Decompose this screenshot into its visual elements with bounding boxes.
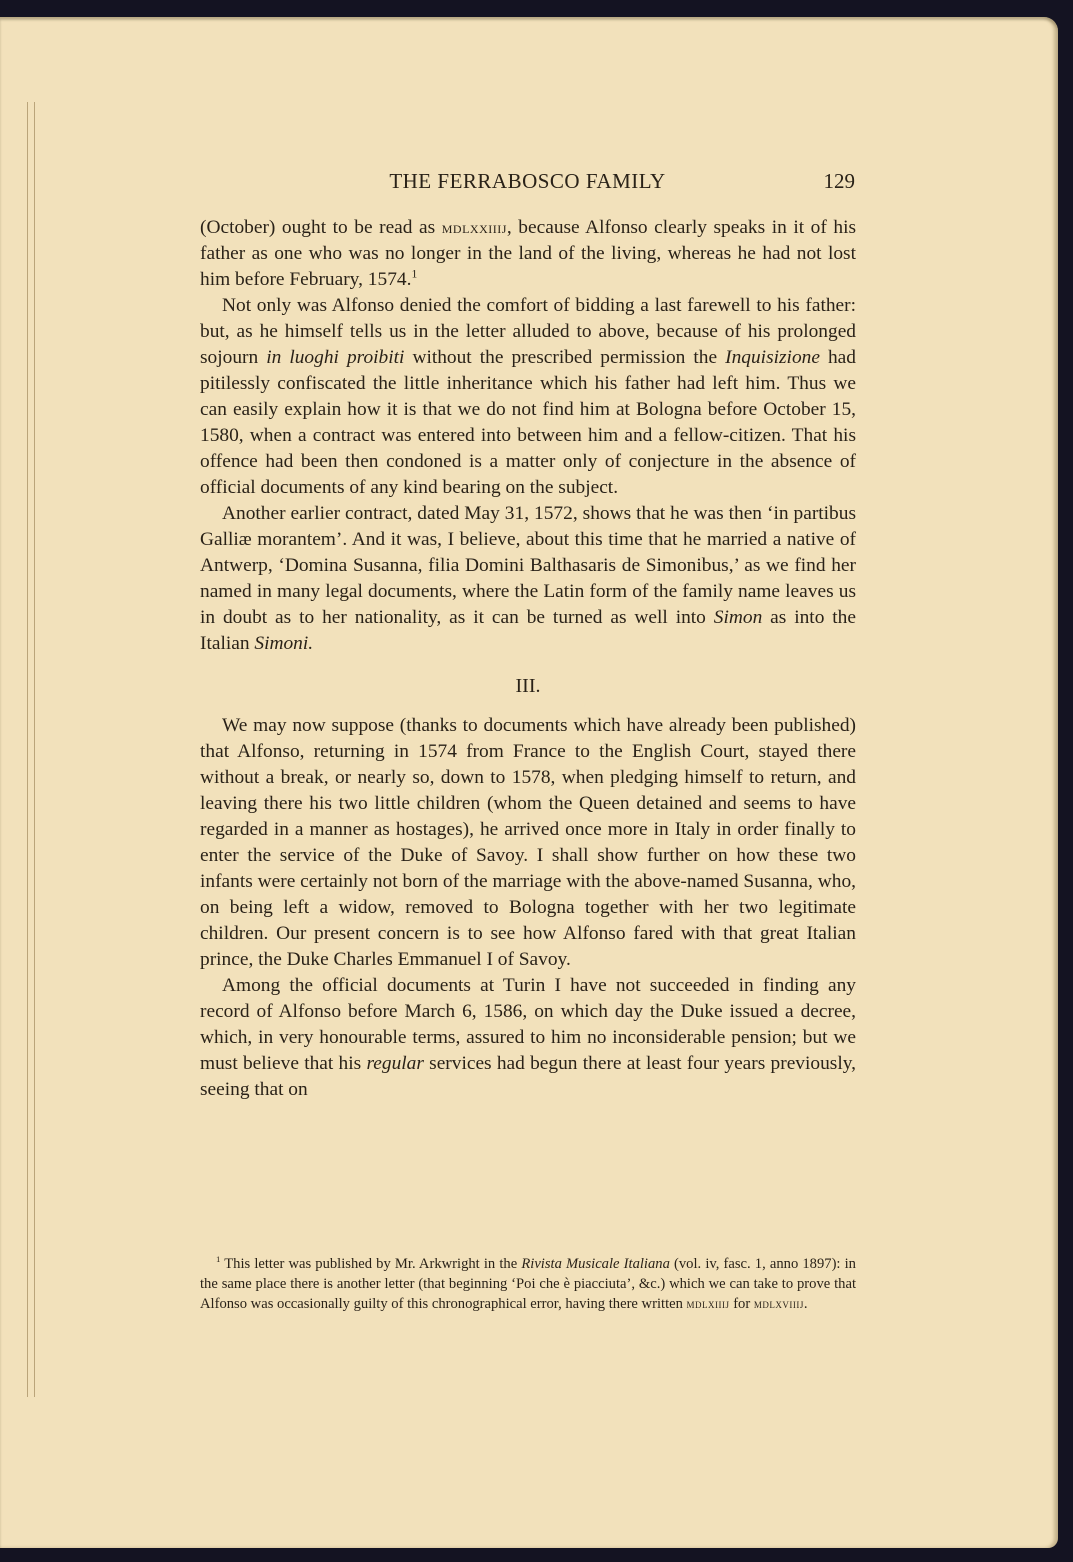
text-run: had pitilessly confiscated the little in…	[200, 347, 856, 498]
book-page: THE FERRABOSCO FAMILY 129 (October) ough…	[0, 17, 1058, 1548]
italic-phrase: in luoghi proibiti	[266, 347, 404, 368]
footnote-ref: 1	[411, 268, 417, 281]
text-run: without the prescribed permission the	[404, 347, 725, 368]
roman-date: mdlxiiij	[687, 1297, 730, 1311]
italic-phrase: Simon	[714, 607, 762, 628]
binding-thread	[27, 102, 35, 1397]
text-run: (October) ought to be read as	[200, 217, 442, 238]
footnote-text: 1 This letter was published by Mr. Arkwr…	[200, 1254, 856, 1314]
running-title: THE FERRABOSCO FAMILY	[200, 169, 855, 194]
paragraph-3: Another earlier contract, dated May 31, …	[200, 501, 856, 657]
paragraph-2: Not only was Alfonso denied the comfort …	[200, 293, 856, 501]
page-number: 129	[824, 169, 856, 194]
text-run: .	[804, 1296, 808, 1312]
section-heading: III.	[200, 673, 856, 699]
body-text: (October) ought to be read as mdlxxiiij,…	[200, 215, 856, 1103]
footnote: 1 This letter was published by Mr. Arkwr…	[200, 1254, 856, 1314]
text-run: This letter was published by Mr. Arkwrig…	[220, 1256, 521, 1272]
paragraph-4: We may now suppose (thanks to documents …	[200, 713, 856, 973]
italic-phrase: regular	[366, 1053, 423, 1074]
italic-phrase: Simoni.	[254, 633, 313, 654]
roman-date: mdlxxiiij	[442, 218, 507, 237]
italic-phrase: Inquisizione	[725, 347, 820, 368]
italic-phrase: Rivista Musicale Italiana	[521, 1256, 670, 1272]
paragraph-1: (October) ought to be read as mdlxxiiij,…	[200, 215, 856, 293]
page-header: THE FERRABOSCO FAMILY 129	[200, 169, 855, 199]
paragraph-5: Among the official documents at Turin I …	[200, 973, 856, 1103]
text-run: for	[730, 1296, 754, 1312]
roman-date: mdlxviiij	[754, 1297, 804, 1311]
